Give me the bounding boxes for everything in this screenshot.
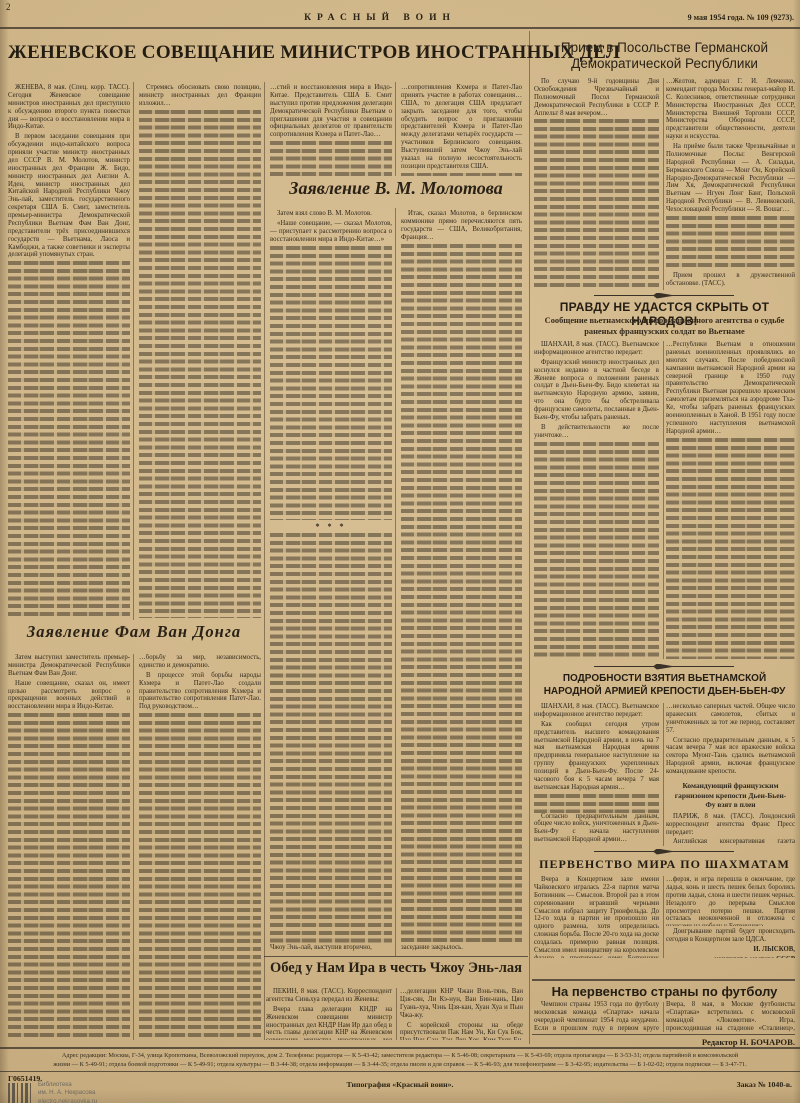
article-paragraph: …стий и восстановления мира в Индо-Китае… (270, 84, 392, 139)
article-paragraph: Чемпион страны 1953 года по футболу моск… (534, 1001, 659, 1032)
article-paragraph: …несколько саперных частей. Общее число … (666, 703, 795, 735)
column-rule (396, 988, 397, 1040)
chess-col-2: …ферзя, и игра перешла в окончание, где … (666, 876, 795, 926)
newspaper-page: 2 КРАСНЫЙ ВОИН 9 мая 1954 года. № 109 (9… (0, 0, 800, 1103)
column-rule (395, 208, 396, 956)
header-rule (0, 27, 800, 29)
divider-arrow (594, 851, 734, 852)
molotov-col-1: Затем взял слово В. М. Молотов. «Наше со… (270, 210, 392, 954)
library-watermark: Библиотека им. Н. А. Некрасова electro.n… (38, 1081, 97, 1103)
body-text-texture (534, 794, 659, 813)
body-text-texture (534, 442, 659, 660)
article-paragraph: Вчера в Концертном зале имени Чайковског… (534, 876, 659, 958)
article-paragraph: ПАРИЖ, 8 мая. (ТАСС). Лондонский корресп… (666, 813, 795, 837)
page-number: 2 (6, 2, 11, 12)
geneva-headline: ЖЕНЕВСКОЕ СОВЕЩАНИЕ МИНИСТРОВ ИНОСТРАННЫ… (8, 42, 524, 64)
article-paragraph: Вчера, 8 мая, в Москве футболисты «Спарт… (666, 1001, 795, 1032)
pravda-subtitle: Сообщение вьетнамского информационного а… (534, 316, 795, 337)
issue-dateline: 9 мая 1954 года. № 109 (9273). (574, 13, 794, 22)
column-rule (395, 82, 396, 176)
pravda-col-2: …Республики Вьетнам в отношении раненых … (666, 341, 795, 659)
article-paragraph: ЖЕНЕВА, 8 мая. (Спец. корр. ТАСС). Сегод… (8, 84, 130, 131)
article-paragraph: Затем взял слово В. М. Молотов. (270, 210, 392, 218)
column-rule (663, 78, 664, 290)
article-paragraph: …сопротивления Кхмера и Патет-Лао принят… (401, 84, 522, 171)
molotov-headline: Заявление В. М. Молотова (270, 178, 522, 199)
column-rule (663, 1002, 664, 1032)
geneva-col-4: …сопротивления Кхмера и Патет-Лао принят… (401, 84, 522, 176)
divider-arrow (594, 295, 734, 296)
article-paragraph: Доигрывание партий будет происходить сег… (666, 928, 795, 944)
article-paragraph: В действительности же после уничтоже… (534, 424, 659, 440)
body-text-texture (8, 261, 130, 618)
football-col-1: Чемпион страны 1953 года по футболу моск… (534, 1001, 659, 1032)
column-rule (663, 703, 664, 846)
watermark-line: Библиотека (38, 1081, 97, 1089)
body-text-texture (401, 173, 522, 176)
reception-col-2: …Желтов, адмирал Г. И. Левченко, коменда… (666, 78, 795, 268)
article-paragraph: Стремясь обосновать свою позицию, минист… (139, 84, 261, 108)
article-paragraph: В процессе этой борьбы народы Кхмера и П… (139, 672, 261, 711)
section-rule (532, 979, 795, 981)
pham-van-dong-headline: Заявление Фам Ван Донга (8, 622, 260, 642)
article-paragraph: Прием прошел в дружественной обстановке.… (666, 272, 795, 288)
chess-headline: ПЕРВЕНСТВО МИРА ПО ШАХМАТАМ (534, 857, 795, 872)
column-rule (663, 341, 664, 659)
dinner-headline: Обед у Нам Ира в честь Чжоу Энь-лая (264, 960, 528, 977)
article-paragraph: Французский министр иностранных дел косн… (534, 359, 659, 422)
article-paragraph: С корейской стороны на обеде присутствов… (400, 1022, 523, 1041)
main-column-rule (529, 31, 530, 1044)
geneva-col-3: …стий и восстановления мира в Индо-Китае… (270, 84, 392, 176)
chess-byline-title: кандидат в мастера СССР (666, 956, 795, 958)
dbp-headline: ПОДРОБНОСТИ ВЗЯТИЯ ВЬЕТНАМСКОЙ НАРОДНОЙ … (534, 673, 795, 698)
geneva-col-1: ЖЕНЕВА, 8 мая. (Спец. корр. ТАСС). Сегод… (8, 84, 130, 618)
library-barcode (8, 1083, 34, 1103)
typography-line: Типография «Красный воин». (300, 1080, 500, 1089)
masthead: КРАСНЫЙ ВОИН (270, 13, 490, 23)
chess-byline-name: И. ЛЫСКОВ, (666, 946, 795, 954)
article-paragraph: В первом заседании совещания при обсужде… (8, 133, 130, 259)
watermark-line: electro.nekrasovka.ru (38, 1098, 97, 1103)
article-paragraph: …борьбу за мир, независимость, единство … (139, 654, 261, 670)
body-text-texture (534, 119, 659, 290)
footer-address-line-1: Адрес редакции: Москва, Г-34, улица Кроп… (10, 1051, 790, 1060)
article-paragraph: ШАНХАЙ, 8 мая. (ТАСС). Вьетнамское инфор… (534, 703, 659, 719)
footer-rule-2 (0, 1071, 800, 1072)
article-paragraph: Вчера глава делегации КНДР на Женевском … (266, 1006, 392, 1040)
stars-separator: * * * (270, 522, 392, 531)
footer-address-line-2: жизни — К 5-49-91; отдела боевой подгото… (10, 1060, 790, 1069)
body-text-texture (139, 713, 261, 1040)
football-headline: На первенство страны по футболу (534, 984, 795, 999)
article-paragraph: «Наше совещание, — сказал Молотов, — при… (270, 220, 392, 244)
column-rule (663, 876, 664, 958)
body-text-texture (139, 110, 261, 618)
article-paragraph: Английская консервативная газета «Ивнинг… (666, 838, 795, 846)
print-order: Заказ № 1040-в. (736, 1080, 792, 1089)
dbp-col-2: …несколько саперных частей. Общее число … (666, 703, 795, 846)
dbp-col-1: ШАНХАЙ, 8 мая. (ТАСС). Вьетнамское инфор… (534, 703, 659, 846)
reception-end: Прием прошел в дружественной обстановке.… (666, 272, 795, 290)
column-rule (264, 82, 265, 1040)
article-paragraph: Чжоу Энь-лай, выступив вторично, (270, 944, 392, 952)
article-paragraph: …Республики Вьетнам в отношении раненых … (666, 341, 795, 436)
body-text-texture (8, 713, 130, 1040)
chess-col-1: Вчера в Концертном зале имени Чайковског… (534, 876, 659, 958)
dinner-col-1: ПЕКИН, 8 мая. (ТАСС). Корреспондент аген… (266, 988, 392, 1040)
editor-rule (532, 1034, 795, 1035)
column-rule (133, 654, 134, 1040)
dbp-subhead: Командующий французским гарнизоном крепо… (670, 781, 791, 810)
molotov-col-2: Итак, сказал Молотов, в берлинском коммю… (401, 210, 522, 954)
pravda-col-1: ШАНХАЙ, 8 мая. (ТАСС). Вьетнамское инфор… (534, 341, 659, 659)
football-col-2: Вчера, 8 мая, в Москве футболисты «Спарт… (666, 1001, 795, 1032)
article-paragraph: Согласно предварительным данным, к 5 час… (666, 737, 795, 776)
article-paragraph: Наше совещание, сказал он, имеет целью р… (8, 680, 130, 712)
body-text-texture (270, 141, 392, 176)
article-paragraph: По случаю 9-й годовщины Дня Освобождения… (534, 78, 659, 117)
geneva-col-2: Стремясь обосновать свою позицию, минист… (139, 84, 261, 618)
pvd-col-1: Затем выступил заместитель премьер-минис… (8, 654, 130, 1040)
body-text-texture (666, 216, 795, 268)
article-paragraph: Как сообщил сегодня утром представитель … (534, 721, 659, 792)
reception-col-1: По случаю 9-й годовщины Дня Освобождения… (534, 78, 659, 290)
dinner-col-2: …делегации КНР Чжан Вэнь-тянь, Ван Цзя-с… (400, 988, 523, 1040)
body-text-texture (401, 244, 522, 945)
article-paragraph: …ферзя, и игра перешла в окончание, где … (666, 876, 795, 926)
body-text-texture (270, 246, 392, 520)
article-paragraph: ПЕКИН, 8 мая. (ТАСС). Корреспондент аген… (266, 988, 392, 1004)
article-paragraph: …делегации КНР Чжан Вэнь-тянь, Ван Цзя-с… (400, 988, 523, 1020)
section-rule (264, 956, 528, 957)
article-paragraph: …Желтов, адмирал Г. И. Левченко, коменда… (666, 78, 795, 141)
article-paragraph: Итак, сказал Молотов, в берлинском коммю… (401, 210, 522, 242)
chess-byline-block: Доигрывание партий будет происходить сег… (666, 928, 795, 958)
watermark-line: им. Н. А. Некрасова (38, 1089, 97, 1097)
article-paragraph: На приёме были также Чрезвычайные и Полн… (666, 143, 795, 214)
article-paragraph: Согласно предварительным данным, общее ч… (534, 813, 659, 845)
divider-arrow (594, 666, 734, 667)
pvd-col-2: …борьбу за мир, независимость, единство … (139, 654, 261, 1040)
body-text-texture (270, 533, 392, 944)
editor-line: Редактор Н. БОЧАРОВ. (594, 1037, 795, 1047)
reception-headline: Прием в Посольстве Германской Демократич… (534, 40, 795, 72)
column-rule (133, 82, 134, 620)
article-paragraph: заседание закрылось. (401, 944, 522, 952)
article-paragraph: Затем выступил заместитель премьер-минис… (8, 654, 130, 678)
footer-rule (0, 1047, 800, 1049)
body-text-texture (666, 438, 795, 660)
article-paragraph: ШАНХАЙ, 8 мая. (ТАСС). Вьетнамское инфор… (534, 341, 659, 357)
